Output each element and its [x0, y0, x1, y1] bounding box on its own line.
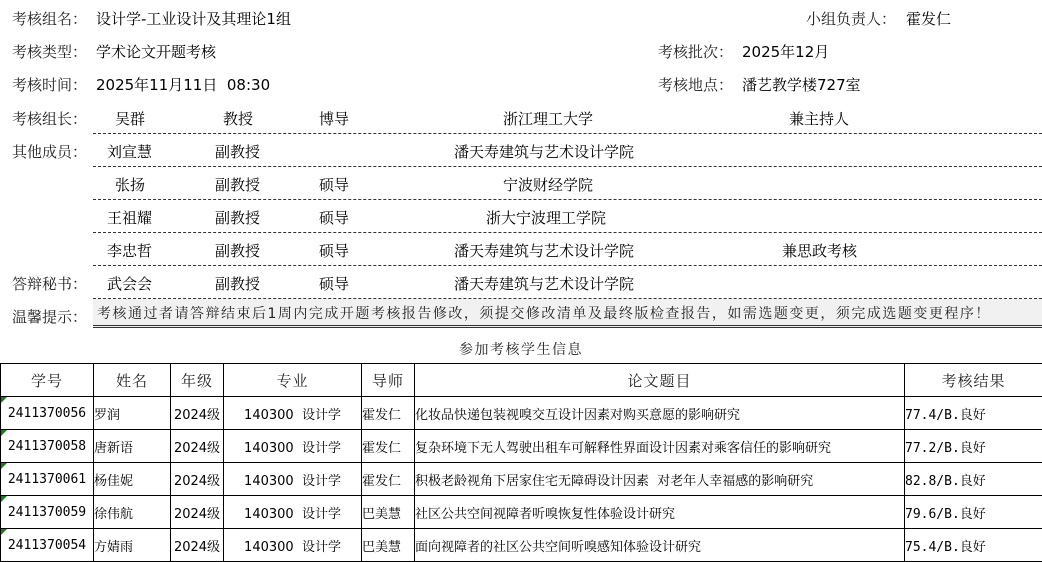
cell-topic[interactable]: 复杂环境下无人驾驶出租车可解释性界面设计因素对乘客信任的影响研究 — [415, 430, 905, 463]
member-name: 张扬 — [115, 174, 145, 195]
col-header-major: 专业 — [224, 364, 362, 397]
cell-topic[interactable]: 化妆品快递包装视嗅交互设计因素对购买意愿的影响研究 — [415, 397, 905, 430]
student-id: 2411370054 — [8, 538, 86, 553]
cell-major[interactable]: 140300 设计学 — [224, 397, 362, 430]
member-org: 潘天寿建筑与艺术设计学院 — [454, 141, 634, 162]
member-supervisor: 硕导 — [319, 273, 349, 294]
student-id: 2411370061 — [8, 472, 86, 487]
student-id: 2411370058 — [8, 439, 86, 454]
member-title: 教授 — [223, 108, 253, 129]
batch-label: 考核批次： — [658, 41, 733, 62]
committee-row-member: 王祖耀 副教授 硕导 浙大宁波理工学院 — [93, 200, 1042, 233]
student-section-title: 参加考核学生信息 — [0, 339, 1042, 359]
cell-grade[interactable]: 2024级 — [171, 463, 224, 496]
member-title: 副教授 — [215, 240, 260, 261]
member-supervisor: 硕导 — [319, 240, 349, 261]
cell-advisor[interactable]: 巴美慧 — [362, 529, 415, 562]
cell-name[interactable]: 方婧雨 — [94, 529, 171, 562]
group-name-value: 设计学-工业设计及其理论1组 — [96, 8, 291, 29]
member-org: 浙大宁波理工学院 — [486, 207, 606, 228]
cell-name[interactable]: 杨佳妮 — [94, 463, 171, 496]
cell-advisor[interactable]: 巴美慧 — [362, 496, 415, 529]
member-name: 刘宣慧 — [107, 141, 152, 162]
student-table: 学号 姓名 年级 专业 导师 论文题目 考核结果 2411370056 罗润 2… — [0, 363, 1042, 562]
cell-id[interactable]: 2411370059 — [1, 496, 94, 529]
cell-topic[interactable]: 面向视障者的社区公共空间听嗅感知体验设计研究 — [415, 529, 905, 562]
table-header-row: 学号 姓名 年级 专业 导师 论文题目 考核结果 — [1, 364, 1042, 397]
cell-result[interactable]: 77.2/B.良好 — [905, 430, 1042, 463]
cell-marker-icon — [1, 496, 7, 502]
col-header-id: 学号 — [1, 364, 94, 397]
member-org: 潘天寿建筑与艺术设计学院 — [454, 273, 634, 294]
table-row: 2411370054 方婧雨 2024级 140300 设计学 巴美慧 面向视障… — [1, 529, 1042, 562]
tip-text: 考核通过者请答辩结束后1周内完成开题考核报告修改，须提交修改清单及最终版检查报告… — [97, 303, 991, 323]
member-name: 李忠哲 — [107, 240, 152, 261]
member-supervisor: 博导 — [319, 108, 349, 129]
member-note: 兼主持人 — [789, 108, 849, 129]
member-name: 吴群 — [115, 108, 145, 129]
cell-marker-icon — [1, 529, 7, 535]
batch-value: 2025年12月 — [742, 41, 829, 62]
cell-advisor[interactable]: 霍发仁 — [362, 463, 415, 496]
cell-result[interactable]: 82.8/B.良好 — [905, 463, 1042, 496]
tip-box: 考核通过者请答辩结束后1周内完成开题考核报告修改，须提交修改清单及最终版检查报告… — [93, 299, 1042, 328]
time-value: 2025年11月11日 08:30 — [96, 74, 270, 95]
cell-result[interactable]: 75.4/B.良好 — [905, 529, 1042, 562]
group-name-label: 考核组名： — [12, 8, 87, 29]
cell-marker-icon — [1, 463, 7, 469]
cell-advisor[interactable]: 霍发仁 — [362, 397, 415, 430]
cell-id[interactable]: 2411370056 — [1, 397, 94, 430]
cell-marker-icon — [1, 397, 7, 403]
cell-name[interactable]: 徐伟航 — [94, 496, 171, 529]
col-header-result: 考核结果 — [905, 364, 1042, 397]
location-value: 潘艺教学楼727室 — [742, 74, 861, 95]
committee-row-member: 李忠哲 副教授 硕导 潘天寿建筑与艺术设计学院 兼思政考核 — [93, 233, 1042, 266]
cell-id[interactable]: 2411370058 — [1, 430, 94, 463]
col-header-advisor: 导师 — [362, 364, 415, 397]
student-id: 2411370056 — [8, 406, 86, 421]
cell-advisor[interactable]: 霍发仁 — [362, 430, 415, 463]
col-header-name: 姓名 — [94, 364, 171, 397]
type-label: 考核类型： — [12, 41, 87, 62]
member-supervisor: 硕导 — [319, 207, 349, 228]
col-header-topic: 论文题目 — [415, 364, 905, 397]
cell-grade[interactable]: 2024级 — [171, 529, 224, 562]
member-title: 副教授 — [215, 207, 260, 228]
member-title: 副教授 — [215, 273, 260, 294]
cell-major[interactable]: 140300 设计学 — [224, 496, 362, 529]
tip-label: 温馨提示： — [12, 306, 87, 327]
location-label: 考核地点： — [658, 74, 733, 95]
committee-row-member: 刘宣慧 副教授 潘天寿建筑与艺术设计学院 — [93, 134, 1042, 167]
committee-row-chair: 吴群 教授 博导 浙江理工大学 兼主持人 — [93, 101, 1042, 134]
cell-grade[interactable]: 2024级 — [171, 430, 224, 463]
cell-id[interactable]: 2411370054 — [1, 529, 94, 562]
member-org: 潘天寿建筑与艺术设计学院 — [454, 240, 634, 261]
cell-result[interactable]: 77.4/B.良好 — [905, 397, 1042, 430]
leader-label: 小组负责人： — [806, 8, 896, 29]
table-row: 2411370061 杨佳妮 2024级 140300 设计学 霍发仁 积极老龄… — [1, 463, 1042, 496]
cell-topic[interactable]: 社区公共空间视障者听嗅恢复性体验设计研究 — [415, 496, 905, 529]
cell-major[interactable]: 140300 设计学 — [224, 529, 362, 562]
type-value: 学术论文开题考核 — [96, 41, 216, 62]
table-row: 2411370056 罗润 2024级 140300 设计学 霍发仁 化妆品快递… — [1, 397, 1042, 430]
cell-id[interactable]: 2411370061 — [1, 463, 94, 496]
member-org: 浙江理工大学 — [503, 108, 593, 129]
secretary-label: 答辩秘书： — [12, 273, 87, 294]
student-id: 2411370059 — [8, 505, 86, 520]
member-name: 王祖耀 — [107, 207, 152, 228]
member-supervisor: 硕导 — [319, 174, 349, 195]
table-row: 2411370059 徐伟航 2024级 140300 设计学 巴美慧 社区公共… — [1, 496, 1042, 529]
cell-topic[interactable]: 积极老龄视角下居家住宅无障碍设计因素 对老年人幸福感的影响研究 — [415, 463, 905, 496]
cell-name[interactable]: 罗润 — [94, 397, 171, 430]
cell-grade[interactable]: 2024级 — [171, 496, 224, 529]
col-header-grade: 年级 — [171, 364, 224, 397]
table-row: 2411370058 唐新语 2024级 140300 设计学 霍发仁 复杂环境… — [1, 430, 1042, 463]
chair-label: 考核组长： — [12, 108, 87, 129]
cell-major[interactable]: 140300 设计学 — [224, 463, 362, 496]
member-org: 宁波财经学院 — [503, 174, 593, 195]
cell-grade[interactable]: 2024级 — [171, 397, 224, 430]
cell-marker-icon — [1, 430, 7, 436]
committee-row-secretary: 武会会 副教授 硕导 潘天寿建筑与艺术设计学院 — [93, 266, 1042, 299]
members-label: 其他成员： — [12, 141, 87, 162]
time-label: 考核时间： — [12, 74, 87, 95]
leader-value: 霍发仁 — [906, 8, 951, 29]
member-name: 武会会 — [107, 273, 152, 294]
cell-major[interactable]: 140300 设计学 — [224, 430, 362, 463]
member-note: 兼思政考核 — [782, 240, 857, 261]
committee-row-member: 张扬 副教授 硕导 宁波财经学院 — [93, 167, 1042, 200]
member-title: 副教授 — [215, 141, 260, 162]
cell-result[interactable]: 79.6/B.良好 — [905, 496, 1042, 529]
cell-name[interactable]: 唐新语 — [94, 430, 171, 463]
member-title: 副教授 — [215, 174, 260, 195]
